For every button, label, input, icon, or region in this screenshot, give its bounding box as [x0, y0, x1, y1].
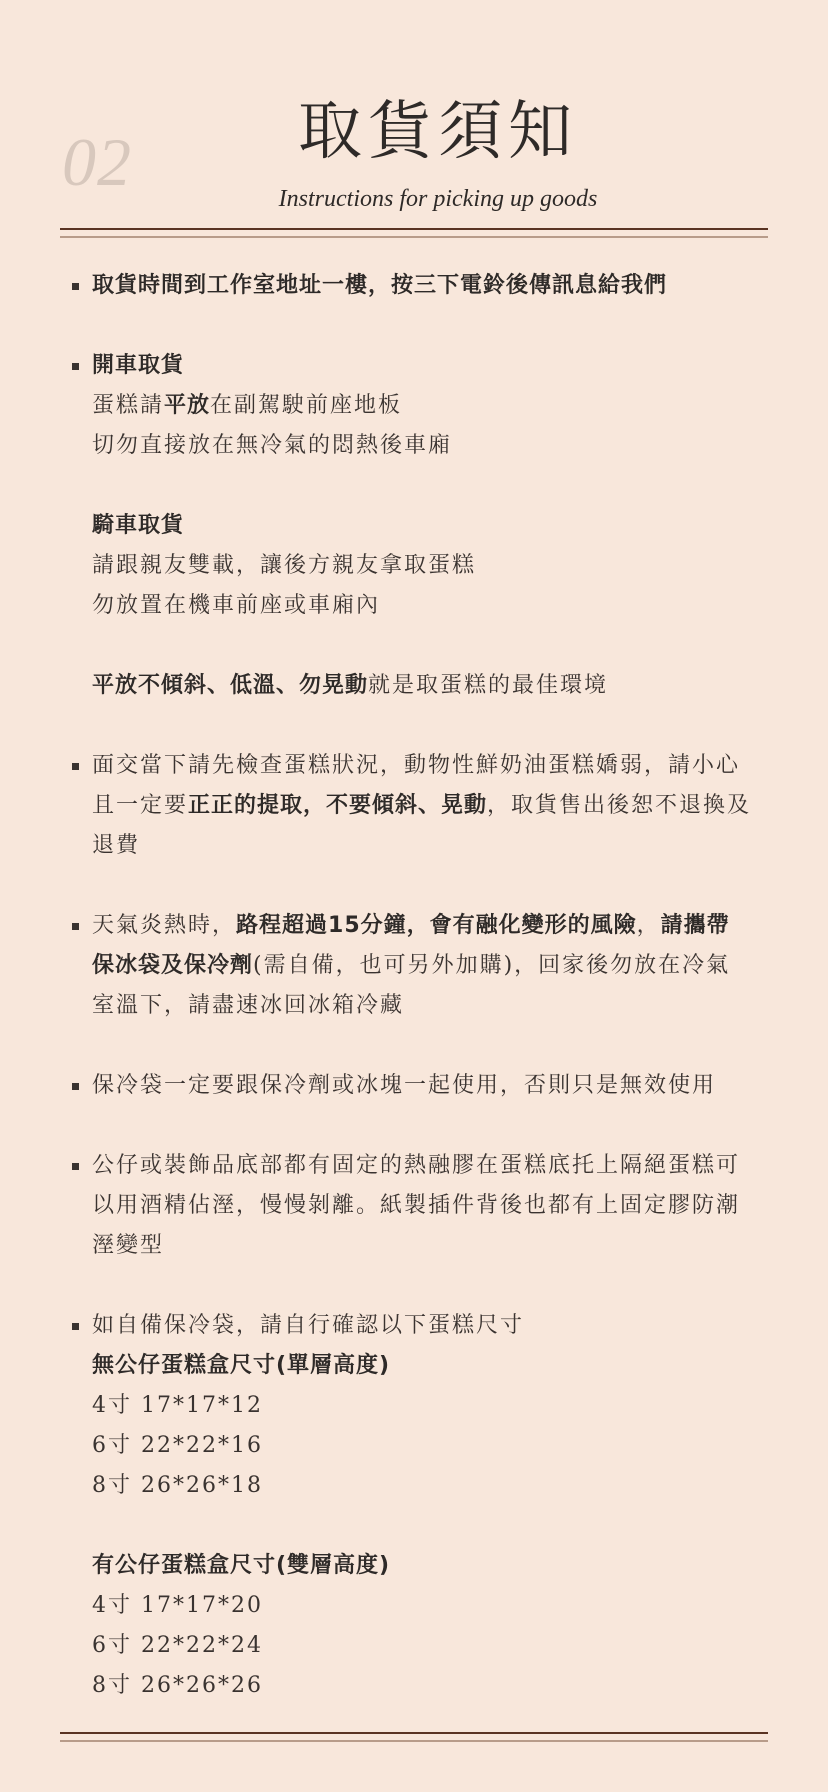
car-pickup-line-2: 切勿直接放在無冷氣的悶熱後車廂 — [92, 426, 752, 466]
divider-bottom-light — [60, 1740, 768, 1742]
divider-bottom-dark — [60, 1732, 768, 1734]
car-pickup-heading: 開車取貨 — [92, 346, 752, 386]
bullet-icon — [72, 1323, 79, 1330]
box-size-row: 4寸 17*17*12 — [92, 1386, 752, 1426]
box-sizes-single-title: 無公仔蛋糕盒尺寸(單層高度) — [92, 1346, 752, 1386]
scooter-pickup-line-1: 請跟親友雙載，讓後方親友拿取蛋糕 — [92, 546, 752, 586]
bullet-icon — [72, 363, 79, 370]
divider-top-dark — [60, 228, 768, 230]
bullet-icon — [72, 923, 79, 930]
box-size-row: 8寸 26*26*18 — [92, 1466, 752, 1506]
list-item-box-sizes: 如自備保冷袋，請自行確認以下蛋糕尺寸 無公仔蛋糕盒尺寸(單層高度) 4寸 17*… — [72, 1306, 752, 1706]
box-size-row: 6寸 22*22*24 — [92, 1626, 752, 1666]
list-item-transport: 開車取貨 蛋糕請平放在副駕駛前座地板 切勿直接放在無冷氣的悶熱後車廂 騎車取貨 … — [72, 346, 752, 706]
list-item-pickup-time: 取貨時間到工作室地址一樓，按三下電鈴後傳訊息給我們 — [72, 266, 752, 306]
box-size-row: 6寸 22*22*16 — [92, 1426, 752, 1466]
page-title: 取貨須知 — [0, 100, 828, 164]
box-size-row: 8寸 26*26*26 — [92, 1666, 752, 1706]
list-item-hot-weather: 天氣炎熱時，路程超過15分鐘，會有融化變形的風險，請攜帶保冰袋及保冷劑(需自備，… — [72, 906, 752, 1026]
box-size-row: 4寸 17*17*20 — [92, 1586, 752, 1626]
divider-top-light — [60, 236, 768, 238]
scooter-pickup-heading: 騎車取貨 — [92, 506, 752, 546]
list-item-inspection: 面交當下請先檢查蛋糕狀況，動物性鮮奶油蛋糕嬌弱，請小心且一定要正正的提取，不要傾… — [72, 746, 752, 866]
page-title-text: 取貨須知 — [298, 100, 578, 164]
scooter-pickup-line-2: 勿放置在機車前座或車廂內 — [92, 586, 752, 626]
decorations-text: 公仔或裝飾品底部都有固定的熱融膠在蛋糕底托上隔絕蛋糕可以用酒精佔溼，慢慢剝離。紙… — [92, 1153, 740, 1258]
page-subtitle-text: Instructions for picking up goods — [279, 186, 598, 213]
list-item-cooler-bag: 保冷袋一定要跟保冷劑或冰塊一起使用，否則只是無效使用 — [72, 1066, 752, 1106]
pickup-time-text: 取貨時間到工作室地址一樓，按三下電鈴後傳訊息給我們 — [92, 273, 667, 298]
page-header: 02 取貨須知 Instructions for picking up good… — [0, 0, 828, 250]
cooler-bag-text: 保冷袋一定要跟保冷劑或冰塊一起使用，否則只是無效使用 — [92, 1073, 716, 1098]
bullet-icon — [72, 283, 79, 290]
bullet-icon — [72, 763, 79, 770]
instructions-list: 取貨時間到工作室地址一樓，按三下電鈴後傳訊息給我們 開車取貨 蛋糕請平放在副駕駛… — [72, 266, 752, 1706]
bullet-icon — [72, 1163, 79, 1170]
box-sizes-intro: 如自備保冷袋，請自行確認以下蛋糕尺寸 — [92, 1306, 752, 1346]
page-subtitle: Instructions for picking up goods — [0, 186, 828, 213]
list-item-decorations: 公仔或裝飾品底部都有固定的熱融膠在蛋糕底托上隔絕蛋糕可以用酒精佔溼，慢慢剝離。紙… — [72, 1146, 752, 1266]
bullet-icon — [72, 1083, 79, 1090]
best-environment-line: 平放不傾斜、低溫、勿晃動就是取蛋糕的最佳環境 — [92, 666, 752, 706]
box-sizes-double-title: 有公仔蛋糕盒尺寸(雙層高度) — [92, 1546, 752, 1586]
car-pickup-line-1: 蛋糕請平放在副駕駛前座地板 — [92, 386, 752, 426]
